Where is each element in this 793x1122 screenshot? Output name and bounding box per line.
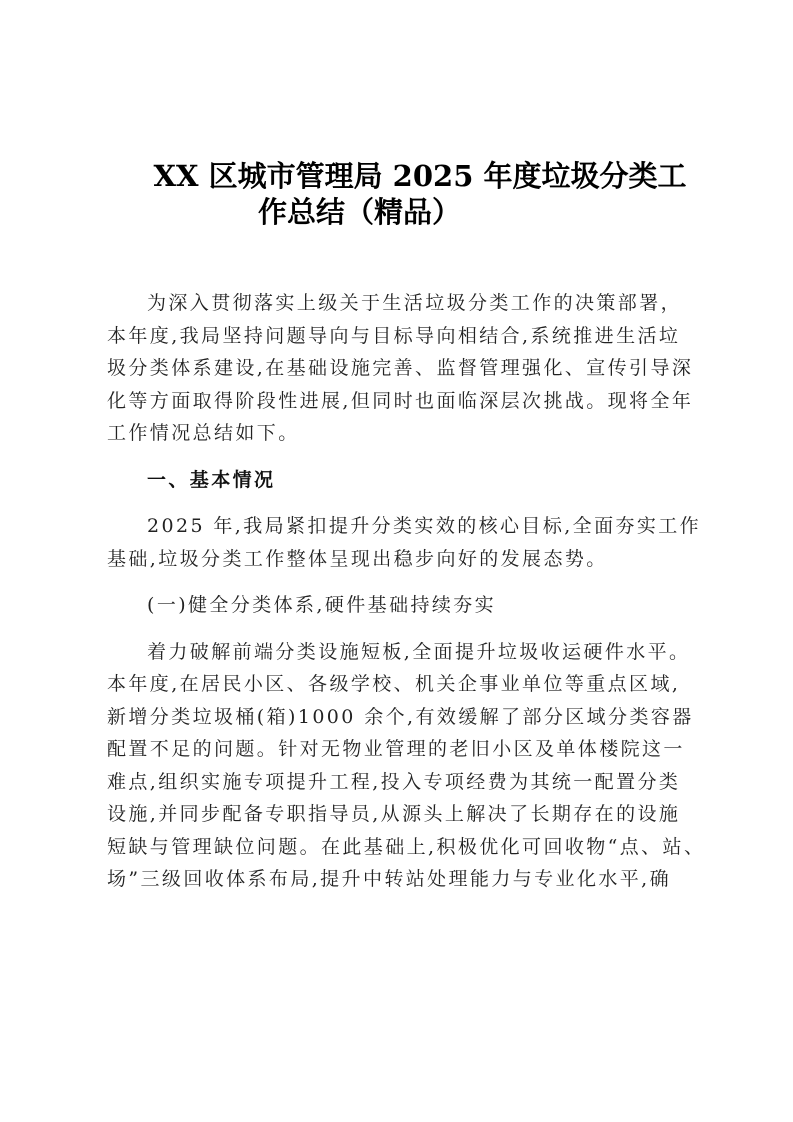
text-line: 本年度,在居民小区、各级学校、机关企事业单位等重点区域, bbox=[107, 668, 685, 701]
text-line: 场”三级回收体系布局,提升中转站处理能力与专业化水平,确 bbox=[107, 863, 685, 896]
title-line-2: 作总结（精品） bbox=[140, 194, 700, 230]
document-body: 为深入贯彻落实上级关于生活垃圾分类工作的决策部署， 本年度,我局坚持问题导向与目… bbox=[107, 287, 685, 896]
document-page: XX 区城市管理局 2025 年度垃圾分类工 作总结（精品） 为深入贯彻落实上级… bbox=[0, 0, 793, 1122]
heading-text: 一、基本情况 bbox=[107, 464, 685, 497]
title-line-1: XX 区城市管理局 2025 年度垃圾分类工 bbox=[140, 158, 700, 194]
text-line: 配置不足的问题。针对无物业管理的老旧小区及单体楼院这一 bbox=[107, 733, 685, 766]
paragraph-basic: 2025 年,我局紧扣提升分类实效的核心目标,全面夯实工作 基础,垃圾分类工作整… bbox=[107, 510, 685, 575]
text-line: 基础,垃圾分类工作整体呈现出稳步向好的发展态势。 bbox=[107, 543, 685, 576]
text-line: 化等方面取得阶段性进展,但同时也面临深层次挑战。现将全年 bbox=[107, 385, 685, 418]
text-line: 本年度,我局坚持问题导向与目标导向相结合,系统推进生活垃 bbox=[107, 320, 685, 353]
text-line: 为深入贯彻落实上级关于生活垃圾分类工作的决策部署， bbox=[107, 287, 685, 320]
paragraph-detail: 着力破解前端分类设施短板,全面提升垃圾收运硬件水平。 本年度,在居民小区、各级学… bbox=[107, 636, 685, 896]
text-line: 短缺与管理缺位问题。在此基础上,积极优化可回收物“点、站、 bbox=[107, 831, 685, 864]
text-line: 新增分类垃圾桶(箱)1000 余个,有效缓解了部分区域分类容器 bbox=[107, 701, 685, 734]
document-title: XX 区城市管理局 2025 年度垃圾分类工 作总结（精品） bbox=[140, 158, 700, 230]
section-heading: 一、基本情况 bbox=[107, 464, 685, 497]
text-line: 2025 年,我局紧扣提升分类实效的核心目标,全面夯实工作 bbox=[107, 510, 685, 543]
text-line: 工作情况总结如下。 bbox=[107, 417, 685, 450]
text-line: 着力破解前端分类设施短板,全面提升垃圾收运硬件水平。 bbox=[107, 636, 685, 669]
subheading-text: (一)健全分类体系,硬件基础持续夯实 bbox=[107, 589, 685, 622]
paragraph-intro: 为深入贯彻落实上级关于生活垃圾分类工作的决策部署， 本年度,我局坚持问题导向与目… bbox=[107, 287, 685, 450]
text-line: 设施,并同步配备专职指导员,从源头上解决了长期存在的设施 bbox=[107, 798, 685, 831]
text-line: 难点,组织实施专项提升工程,投入专项经费为其统一配置分类 bbox=[107, 766, 685, 799]
text-line: 圾分类体系建设,在基础设施完善、监督管理强化、宣传引导深 bbox=[107, 352, 685, 385]
subsection-heading: (一)健全分类体系,硬件基础持续夯实 bbox=[107, 589, 685, 622]
